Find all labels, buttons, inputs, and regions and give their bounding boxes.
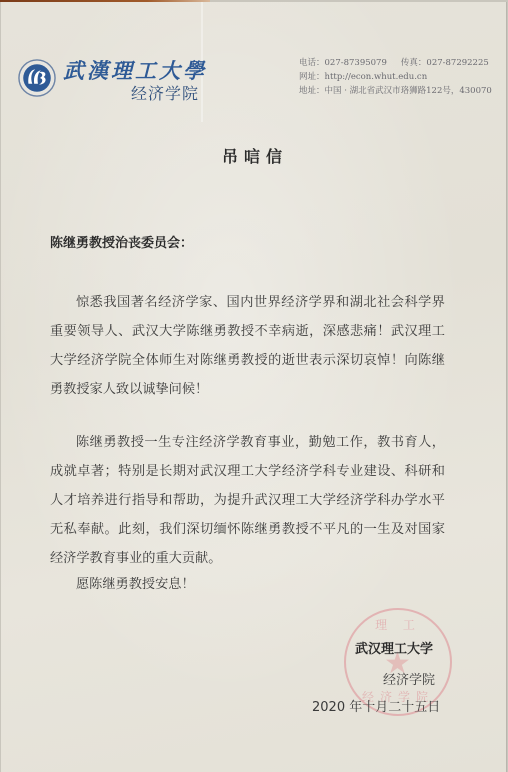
- contact-phone-row: 电话：027-87395079传真：027-87292225: [299, 56, 492, 70]
- phone-label: 电话：: [299, 58, 325, 68]
- paragraph-closing: 愿陈继勇教授安息！: [50, 570, 445, 599]
- website-url: http://econ.whut.edu.cn: [325, 72, 428, 82]
- address-label: 地址：: [299, 86, 325, 96]
- signature-date: 2020 年十月二十五日: [312, 696, 440, 715]
- letter-title: 吊唁信: [1, 144, 508, 167]
- signature-university: 武汉理工大学: [355, 638, 433, 657]
- address: 中国 · 湖北省武汉市珞狮路122号，430070: [325, 86, 492, 96]
- fax-label: 传真：: [401, 58, 427, 68]
- letter-page: 武漢理工大學 经济学院 电话：027-87395079传真：027-872922…: [1, 2, 507, 772]
- contact-website-row: 网址：http://econ.whut.edu.cn: [299, 70, 492, 84]
- seal-top-text: 理 工: [346, 616, 450, 633]
- website-label: 网址：: [299, 72, 325, 82]
- contact-address-row: 地址：中国 · 湖北省武汉市珞狮路122号，430070: [299, 84, 492, 98]
- university-logo-icon: [18, 59, 56, 97]
- contact-info: 电话：027-87395079传真：027-87292225 网址：http:/…: [299, 56, 492, 98]
- paragraph-tribute: 陈继勇教授一生专注经济学教育事业，勤勉工作，教书育人，成就卓著；特别是长期对武汉…: [50, 428, 445, 573]
- school-name: 经济学院: [131, 81, 199, 104]
- signature-school: 经济学院: [383, 669, 435, 688]
- paragraph-condolence: 惊悉我国著名经济学家、国内世界经济学界和湖北社会科学界重要领导人、武汉大学陈继勇…: [50, 288, 445, 404]
- phone-number: 027-87395079: [325, 58, 387, 68]
- fax-number: 027-87292225: [426, 58, 488, 68]
- salutation: 陈继勇教授治丧委员会：: [50, 232, 193, 251]
